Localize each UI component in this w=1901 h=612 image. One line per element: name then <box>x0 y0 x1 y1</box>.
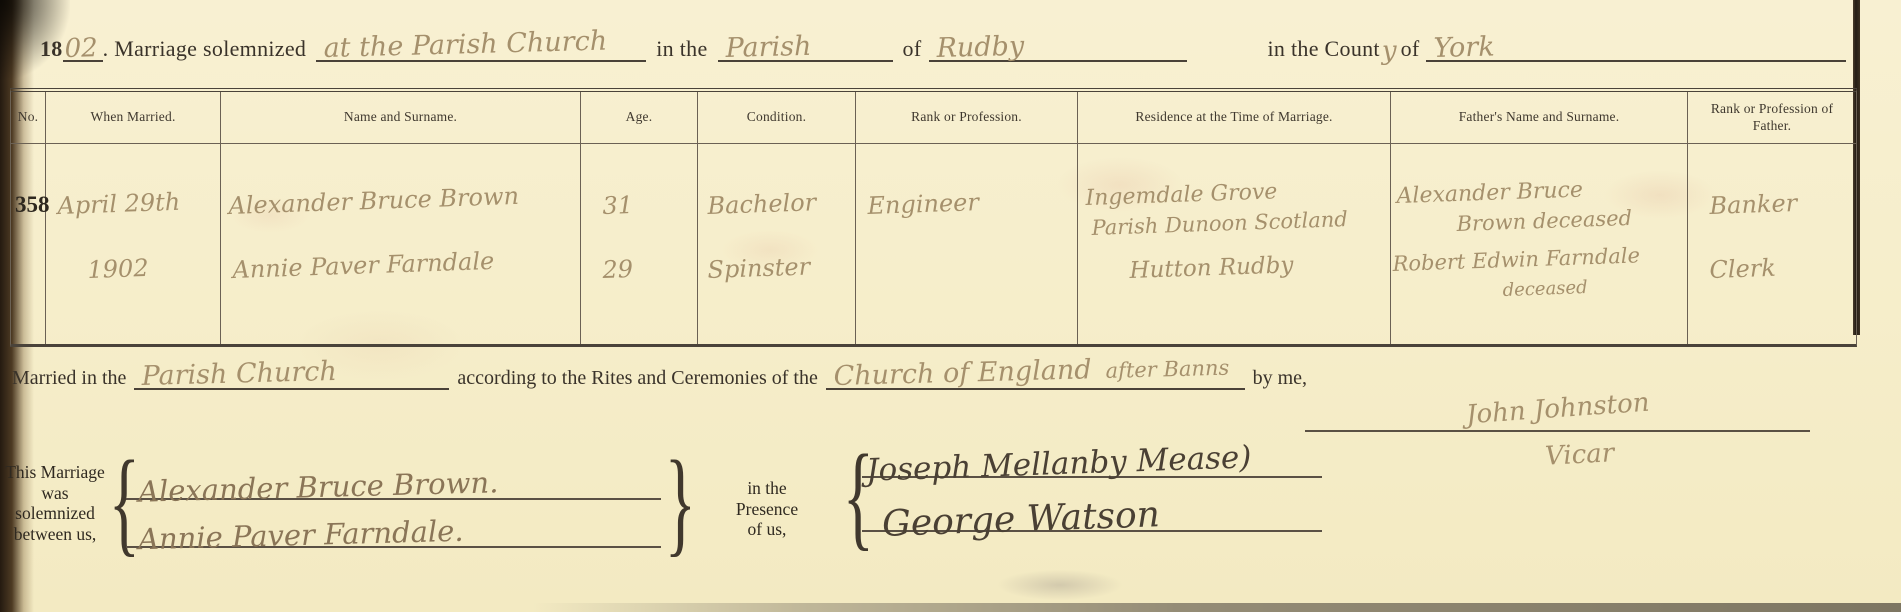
written-bride-age: 29 <box>602 255 634 284</box>
witness-signatures: Joseph Mellanby Mease) George Watson <box>862 428 1322 532</box>
printed-of: of <box>903 36 922 62</box>
label-line: in the <box>708 478 826 499</box>
column-header-when-married: When Married. <box>46 92 221 144</box>
couple-signatures: Alexander Bruce Brown. Annie Paver Farnd… <box>126 452 661 548</box>
written-groom-father-2: Brown deceased <box>1456 206 1632 236</box>
cell-ages: 31 29 <box>581 144 698 344</box>
written-groom-residence-1: Ingemdale Grove <box>1085 179 1278 211</box>
written-parish: Parish <box>725 31 812 64</box>
column-header-age: Age. <box>581 92 698 144</box>
cell-when-married: April 29th 1902 <box>46 144 221 344</box>
column-header-name-surname: Name and Surname. <box>221 92 581 144</box>
printed-married-in: Married in the <box>12 367 126 390</box>
printed-rites: according to the Rites and Ceremonies of… <box>457 367 817 390</box>
label-line: solemnized <box>4 503 106 524</box>
written-bride-name: Annie Paver Farndale <box>232 247 495 284</box>
year-blank: 02 <box>63 30 103 62</box>
written-marriage-year: 1902 <box>87 254 149 284</box>
denomination-blank: Church of Englandafter Banns <box>826 360 1245 390</box>
written-groom-profession: Engineer <box>867 188 979 220</box>
written-church: Parish Church <box>142 356 338 392</box>
printed-county-label: in the Count <box>1267 36 1379 62</box>
witness-1-signature-line: Joseph Mellanby Mease) <box>862 428 1322 478</box>
label-line: Presence <box>708 499 826 520</box>
written-bride-condition: Spinster <box>707 252 810 284</box>
written-denomination: Church of Englandafter Banns <box>833 351 1229 392</box>
county-blank: York <box>1426 30 1846 62</box>
printed-marriage-solemnized: . Marriage solemnized <box>103 36 307 62</box>
column-header-father-rank: Rank or Profession of Father. <box>1688 92 1856 144</box>
written-district: Rudby <box>937 31 1025 64</box>
officiant-signature: John Johnston <box>1465 388 1650 431</box>
written-bride-father-2: deceased <box>1502 277 1588 301</box>
marriage-register-table: No. When Married. Name and Surname. Age.… <box>10 88 1857 347</box>
witness-2-signature: George Watson <box>881 494 1160 545</box>
cell-professions: Engineer <box>856 144 1078 344</box>
written-year: 02 <box>64 33 98 64</box>
written-banns: after Banns <box>1105 356 1229 383</box>
page-bottom-edge <box>0 603 1901 612</box>
written-groom-father-profession: Banker <box>1709 189 1798 220</box>
cell-entry-number: 358 <box>11 144 46 344</box>
printed-year-prefix: 18 <box>40 36 63 62</box>
written-groom-condition: Bachelor <box>707 188 817 220</box>
cell-residences: Ingemdale Grove Parish Dunoon Scotland H… <box>1078 144 1391 344</box>
cell-conditions: Bachelor Spinster <box>698 144 856 344</box>
presence-label: in the Presence of us, <box>708 478 826 540</box>
written-marriage-date: April 29th <box>57 188 181 220</box>
column-header-residence: Residence at the Time of Marriage. <box>1078 92 1391 144</box>
written-groom-age: 31 <box>602 191 634 220</box>
label-line: of us, <box>708 519 826 540</box>
written-groom-residence-2: Parish Dunoon Scotland <box>1091 207 1348 240</box>
register-title-line: 18 02 . Marriage solemnized at the Paris… <box>40 30 1885 62</box>
cell-father-professions: Banker Clerk <box>1688 144 1856 344</box>
column-header-rank-profession: Rank or Profession. <box>856 92 1078 144</box>
label-line: was <box>4 483 106 504</box>
groom-signature-line: Alexander Bruce Brown. <box>126 452 661 500</box>
cell-names: Alexander Bruce Brown Annie Paver Farnda… <box>221 144 581 344</box>
entry-number: 358 <box>15 192 41 218</box>
column-header-condition: Condition. <box>698 92 856 144</box>
church-blank: Parish Church <box>134 360 449 390</box>
written-bride-residence: Hutton Rudby <box>1129 252 1294 284</box>
label-line: This Marriage <box>4 462 106 483</box>
officiant-title: Vicar <box>1544 438 1615 472</box>
column-header-father-name: Father's Name and Surname. <box>1391 92 1688 144</box>
marriage-solemnized-label: This Marriage was solemnized between us, <box>4 462 106 545</box>
printed-in-the: in the <box>656 36 707 62</box>
written-groom-name: Alexander Bruce Brown <box>228 182 519 220</box>
place-blank: at the Parish Church <box>316 30 646 62</box>
written-bride-father-1: Robert Edwin Farndale <box>1392 243 1640 276</box>
printed-of-2: of <box>1401 36 1420 62</box>
right-brace-couple: } <box>665 452 696 552</box>
officiant-signature-line: John Johnston <box>1305 394 1810 432</box>
written-county: York <box>1433 31 1495 64</box>
written-bride-father-profession: Clerk <box>1709 254 1776 284</box>
printed-by-me: by me, <box>1253 367 1307 390</box>
written-place: at the Parish Church <box>323 26 607 64</box>
label-line: between us, <box>4 524 106 545</box>
written-county-y: y <box>1382 36 1397 66</box>
column-header-no: No. <box>11 92 46 144</box>
district-blank: Rudby <box>929 30 1187 62</box>
written-groom-father-1: Alexander Bruce <box>1396 178 1583 209</box>
parish-blank: Parish <box>718 30 893 62</box>
witness-2-signature-line: George Watson <box>862 478 1322 532</box>
bride-signature-line: Annie Paver Farndale. <box>126 500 661 548</box>
declaration-line: Married in the Parish Church according t… <box>12 360 1307 390</box>
bride-signature: Annie Paver Farndale. <box>138 514 464 557</box>
cell-father-names: Alexander Bruce Brown deceased Robert Ed… <box>1391 144 1688 344</box>
